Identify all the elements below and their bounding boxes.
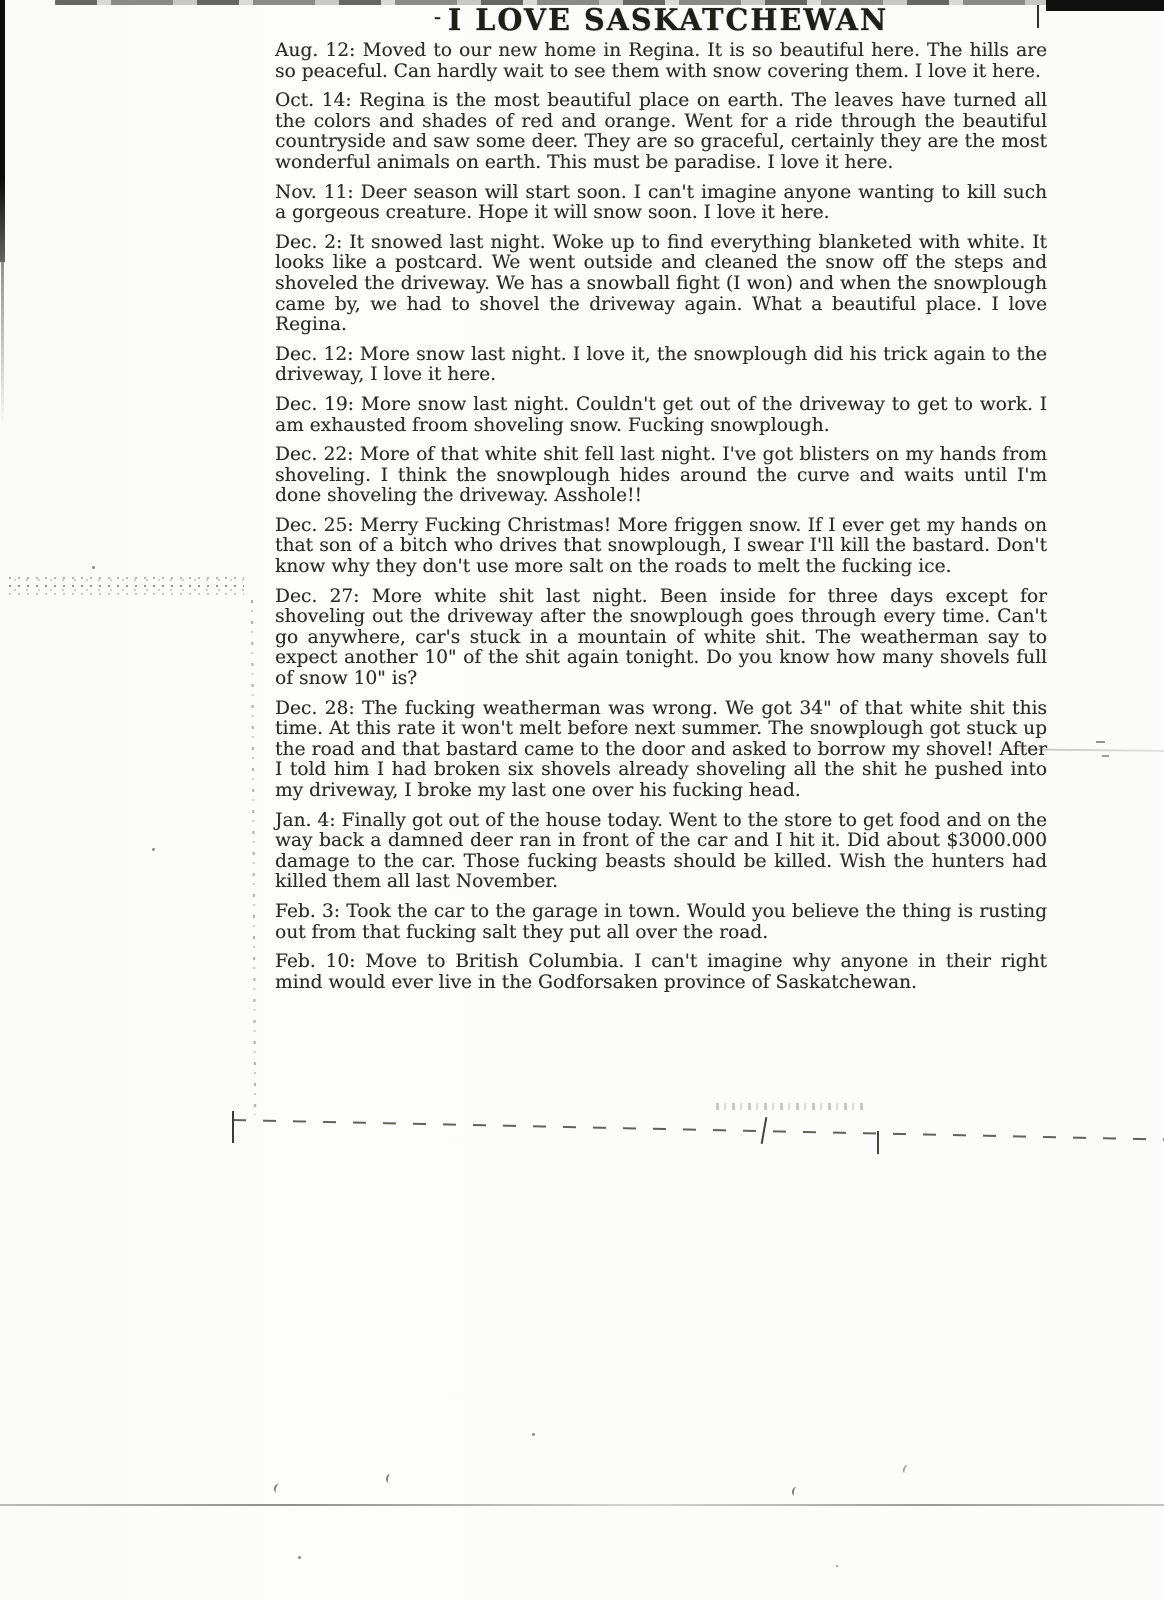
entry-text: More of that white shit fell last night.… <box>275 444 1047 506</box>
diary-entry: Oct. 14: Regina is the most beautiful pl… <box>275 91 1047 173</box>
entry-date: Dec. 27: <box>275 586 359 607</box>
page-title: -I LOVE SASKATCHEWAN <box>290 1 1031 38</box>
entry-text: More snow last night. Couldn't get out o… <box>275 394 1047 436</box>
diary-entry: Dec. 27: More white shit last night. Bee… <box>275 587 1047 690</box>
entry-date: Oct. 14: <box>275 90 352 111</box>
scan-artifact-fold-crease <box>0 1504 1164 1506</box>
entry-date: Dec. 22: <box>275 444 353 465</box>
scanned-document: { "document": { "title_prefix": "-", "ti… <box>0 0 1164 1600</box>
diary-entry: Dec. 19: More snow last night. Couldn't … <box>275 395 1047 436</box>
diary-entry: Dec. 2: It snowed last night. Woke up to… <box>275 233 1047 336</box>
scan-artifact-dash <box>1096 741 1105 743</box>
scan-artifact-smudge <box>716 1103 868 1110</box>
entry-text: Took the car to the garage in town. Woul… <box>275 901 1047 943</box>
scan-artifact-tick-mark <box>877 1131 879 1154</box>
diary-entry: Jan. 4: Finally got out of the house tod… <box>275 811 1047 893</box>
entry-date: Dec. 25: <box>275 515 354 536</box>
entry-text: It snowed last night. Woke up to find ev… <box>275 232 1047 335</box>
document-page: -I LOVE SASKATCHEWAN Aug. 12: Moved to o… <box>0 0 1164 1600</box>
diary-entry: Aug. 12: Moved to our new home in Regina… <box>275 41 1047 82</box>
scan-artifact-tick-bottom-left <box>232 1111 234 1143</box>
diary-entry: Feb. 10: Move to British Columbia. I can… <box>275 952 1047 993</box>
title-dash-mark: - <box>434 5 441 30</box>
scan-artifact-dot <box>152 848 155 851</box>
entry-text: More white shit last night. Been inside … <box>275 586 1047 689</box>
entry-date: Dec. 2: <box>275 232 342 253</box>
page-title-text: I LOVE SASKATCHEWAN <box>448 3 888 38</box>
entry-date: Feb. 3: <box>275 901 340 922</box>
diary-entry: Dec. 22: More of that white shit fell la… <box>275 445 1047 507</box>
scan-artifact-dot <box>836 1565 838 1567</box>
entry-date: Aug. 12: <box>275 40 355 61</box>
diary-entry: Dec. 12: More snow last night. I love it… <box>275 345 1047 386</box>
diary-entry: Dec. 25: Merry Fucking Christmas! More f… <box>275 516 1047 578</box>
scan-artifact-speck <box>273 1483 282 1494</box>
scan-artifact-left-edge <box>0 0 5 262</box>
scan-artifact-paper-edge-dots <box>251 600 256 1115</box>
scan-artifact-speck <box>902 1464 912 1475</box>
entry-date: Feb. 10: <box>275 951 355 972</box>
scan-artifact-left-edge-faint <box>1 262 4 427</box>
entry-date: Jan. 4: <box>275 810 336 831</box>
entry-text: More snow last night. I love it, the sno… <box>275 344 1047 386</box>
entry-date: Dec. 19: <box>275 394 354 415</box>
entry-text: Move to British Columbia. I can't imagin… <box>275 951 1047 993</box>
entry-text: Finally got out of the house today. Went… <box>275 810 1047 893</box>
scan-artifact-speckle-band <box>6 571 244 599</box>
diary-entry: Nov. 11: Deer season will start soon. I … <box>275 183 1047 224</box>
entry-date: Dec. 28: <box>275 698 355 719</box>
scan-artifact-dashed-tear-line <box>233 1119 1164 1141</box>
scan-artifact-speck <box>791 1486 800 1496</box>
diary-entry: Dec. 28: The fucking weatherman was wron… <box>275 699 1047 802</box>
scan-artifact-dot <box>532 1433 535 1436</box>
scan-artifact-tick-top-right <box>1037 5 1039 28</box>
entry-date: Nov. 11: <box>275 182 354 203</box>
entry-text: Moved to our new home in Regina. It is s… <box>275 40 1047 82</box>
entry-date: Dec. 12: <box>275 344 353 365</box>
entry-text: The fucking weatherman was wrong. We got… <box>275 698 1047 801</box>
entry-text: Deer season will start soon. I can't ima… <box>275 182 1047 224</box>
diary-body: Aug. 12: Moved to our new home in Regina… <box>275 41 1047 1002</box>
scan-artifact-dot <box>92 566 95 569</box>
scan-artifact-corner-bar <box>1046 0 1164 11</box>
scan-artifact-speck <box>385 1473 393 1483</box>
entry-text: Regina is the most beautiful place on ea… <box>275 90 1047 173</box>
scan-artifact-dot <box>298 1556 301 1559</box>
entry-text: Merry Fucking Christmas! More friggen sn… <box>275 515 1047 577</box>
scan-artifact-dash <box>1102 755 1109 757</box>
diary-entry: Feb. 3: Took the car to the garage in to… <box>275 902 1047 943</box>
